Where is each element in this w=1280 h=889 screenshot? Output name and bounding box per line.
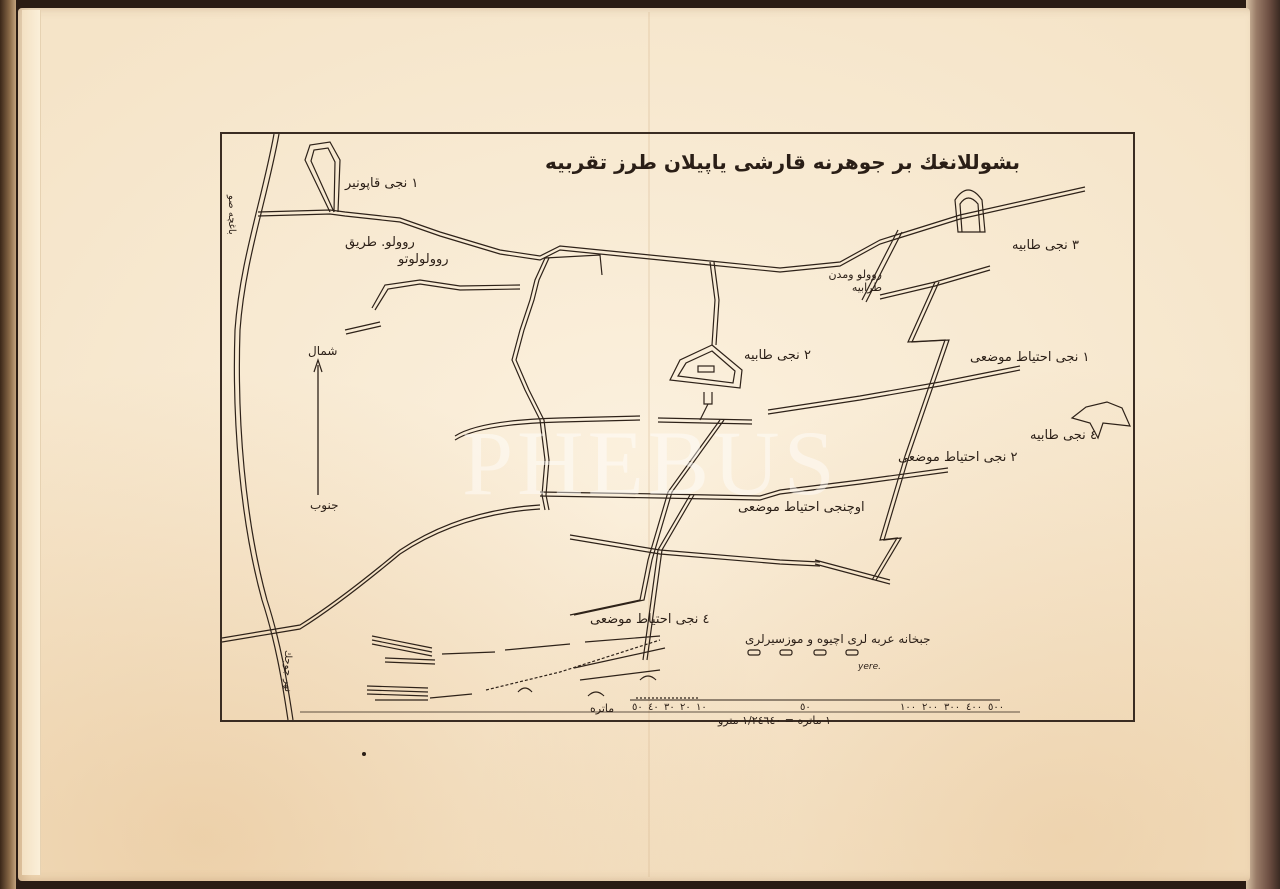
label-reserve-1: ۱ نجى احتياط موضعى bbox=[970, 350, 1090, 365]
label-battery-4: ٤ نجى طابيه bbox=[1030, 428, 1097, 443]
scale-caption: ١ ماتره = ١/٢٤٦٤٠ مترو bbox=[718, 714, 831, 727]
scale-tick: ١٠٠ bbox=[900, 702, 916, 713]
label-redoubt-road-a: روولو. طريق bbox=[345, 235, 415, 250]
label-bottom-river: نهر جوجك bbox=[282, 650, 293, 692]
label-redoubt-road-b: روولولوتو bbox=[398, 252, 449, 267]
compass-south-label: جنوب bbox=[310, 498, 339, 512]
scale-tick: ٢٠ bbox=[680, 702, 691, 713]
scale-tick: ٥٠ bbox=[632, 702, 643, 713]
scale-tick: ٣٠٠ bbox=[944, 702, 960, 713]
artillery-carts bbox=[748, 650, 858, 655]
scale-unit-left: ماتره bbox=[590, 702, 614, 715]
label-reserve-2: ۲ نجى احتياط موضعى bbox=[898, 450, 1018, 465]
label-battery-3: ۳ نجى طابيه bbox=[1012, 238, 1079, 253]
scale-tick: ٣٠ bbox=[664, 702, 675, 713]
label-left-river: باغچه صو bbox=[226, 195, 237, 235]
scale-tick: ٥٠ bbox=[800, 702, 811, 713]
label-reserve-4: ٤ نجى احتياط موضعى bbox=[590, 612, 710, 627]
scale-tick: ٥٠٠ bbox=[988, 702, 1004, 713]
scale-tick: ٤٠ bbox=[648, 702, 659, 713]
label-small-note: yere. bbox=[858, 662, 881, 672]
compass-north-label: شمال bbox=[308, 344, 337, 358]
watermark: PHEBUS bbox=[462, 410, 839, 516]
scale-tick: ١٠ bbox=[696, 702, 707, 713]
map-title: بشوللانغك بر جوهرنه قارشى ياپيلان طرز تق… bbox=[545, 150, 1020, 174]
label-battery-2: ۲ نجى طابيه bbox=[744, 348, 811, 363]
scale-tick: ٢٠٠ bbox=[922, 702, 938, 713]
scale-tick: ٤٠٠ bbox=[966, 702, 982, 713]
label-redoubt-right: روولو ومدن طرابيه bbox=[822, 268, 882, 294]
ink-spot bbox=[362, 752, 366, 756]
label-artillery-note: جبخانه عربه لرى اچيوه و موزسيرلرى bbox=[745, 632, 931, 646]
label-cape-one: ۱ نجى قاپونير bbox=[345, 176, 418, 191]
